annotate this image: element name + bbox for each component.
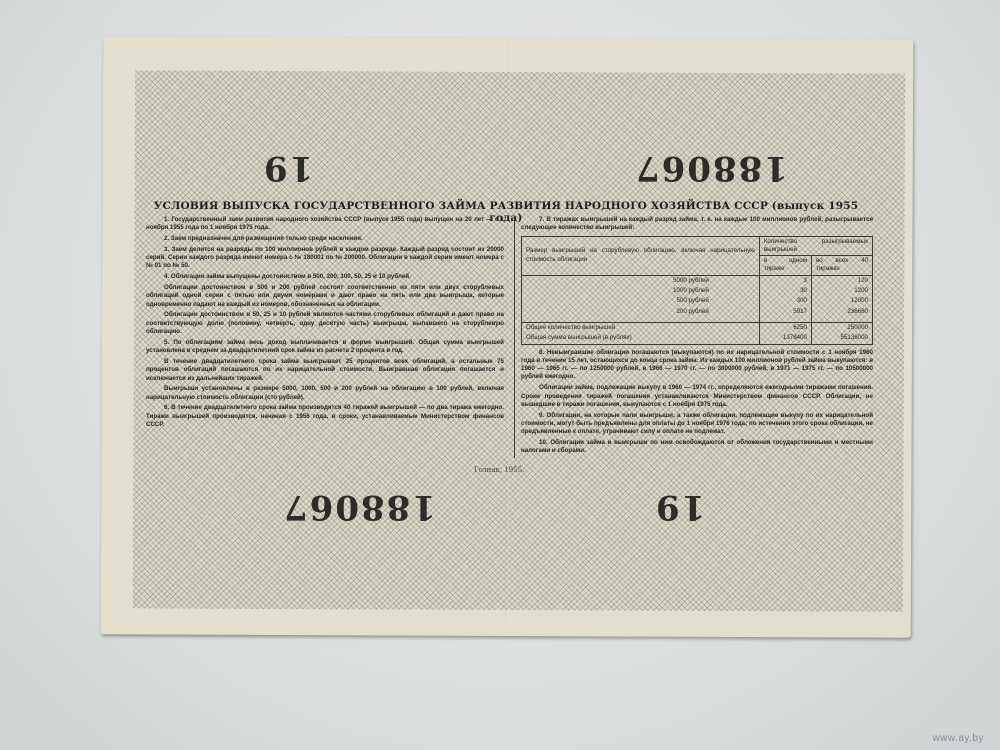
all-draws-count: 12000 [812, 296, 873, 306]
printer-imprint: Гознак, 1955. [474, 466, 524, 474]
total-per-draw: 1378400 [759, 333, 811, 344]
prize-intro: 7. В тиражах выигрышей на каждый разряд … [521, 216, 873, 233]
condition-paragraph: В течение двадцатилетнего срока займа вы… [146, 358, 504, 383]
condition-paragraph: Выигрыши установлены в размере 5000, 100… [146, 385, 504, 402]
prize-amount: 200 рублей [522, 307, 760, 317]
total-all-draws: 55136000 [812, 333, 873, 344]
condition-paragraph: 2. Заем предназначен для размещения толь… [146, 235, 504, 243]
total-per-draw: 6250 [759, 322, 811, 333]
condition-paragraph: 10. Облигации займа и выигрыши по ним ос… [521, 439, 873, 456]
header-prize-size: Размер выигрышей на сторублевую облигаци… [522, 236, 760, 275]
series-number-top-left: 19 [262, 148, 313, 188]
prize-amount: 1000 рублей [522, 286, 760, 296]
condition-paragraph: Облигации достоинством в 50, 25 и 10 руб… [146, 311, 504, 336]
all-draws-count: 1200 [812, 286, 873, 296]
per-draw-count: 5917 [759, 307, 811, 317]
prize-amount: 5000 рублей [522, 275, 760, 286]
prize-table: Размер выигрышей на сторублевую облигаци… [521, 236, 873, 345]
condition-paragraph: 3. Заем делится на разряды по 100 миллио… [146, 246, 504, 271]
condition-paragraph: 6. В течение двадцатилетнего срока займа… [146, 404, 504, 429]
table-row: 5000 рублей 3 120 [522, 275, 873, 286]
all-draws-count: 236680 [812, 307, 873, 317]
table-total-row: Общее количество выигрышей 6250 250000 [522, 322, 873, 333]
condition-paragraph: 1. Государственный заем развития народно… [146, 216, 504, 233]
condition-paragraph: 5. По облигациям займа весь доход выплач… [146, 339, 504, 356]
conditions-right-column: 7. В тиражах выигрышей на каждый разряд … [514, 216, 873, 458]
header-prize-count: Количество разыгрываемых выигрышей [759, 236, 872, 256]
table-row: 1000 рублей 30 1200 [522, 286, 873, 296]
conditions-left-column: 1. Государственный заем развития народно… [146, 216, 504, 432]
per-draw-count: 3 [759, 275, 811, 286]
condition-paragraph: 9. Облигации, на которые пали выигрыши, … [521, 412, 873, 437]
prize-amount: 500 рублей [522, 296, 760, 306]
total-label: Общая сумма выигрышей (в рублях) [522, 333, 760, 344]
table-row: 200 рублей 5917 236680 [522, 307, 873, 317]
series-number-bottom-right: 19 [654, 487, 705, 527]
serial-number-top-right: 188067 [634, 148, 788, 188]
condition-paragraph: 4. Облигации займа выпущены достоинством… [146, 273, 504, 281]
total-label: Общее количество выигрышей [522, 322, 760, 333]
per-draw-count: 30 [759, 286, 811, 296]
condition-paragraph: Облигации достоинством в 500 и 200 рубле… [146, 284, 504, 309]
total-all-draws: 250000 [812, 322, 873, 333]
condition-paragraph: Облигации займа, подлежащие выкупу в 196… [521, 384, 873, 409]
table-total-row: Общая сумма выигрышей (в рублях) 1378400… [522, 333, 873, 344]
serial-number-bottom-left: 188067 [282, 487, 436, 527]
table-row: 500 рублей 300 12000 [522, 296, 873, 306]
header-all-draws: во всех 40 тиражах [812, 256, 873, 276]
all-draws-count: 120 [812, 275, 873, 286]
condition-paragraph: 8. Невыигравшие облигации погашаются (вы… [521, 349, 873, 382]
header-per-draw: в одном тираже [759, 256, 811, 276]
per-draw-count: 300 [759, 296, 811, 306]
site-watermark: www.ay.by [932, 733, 984, 744]
